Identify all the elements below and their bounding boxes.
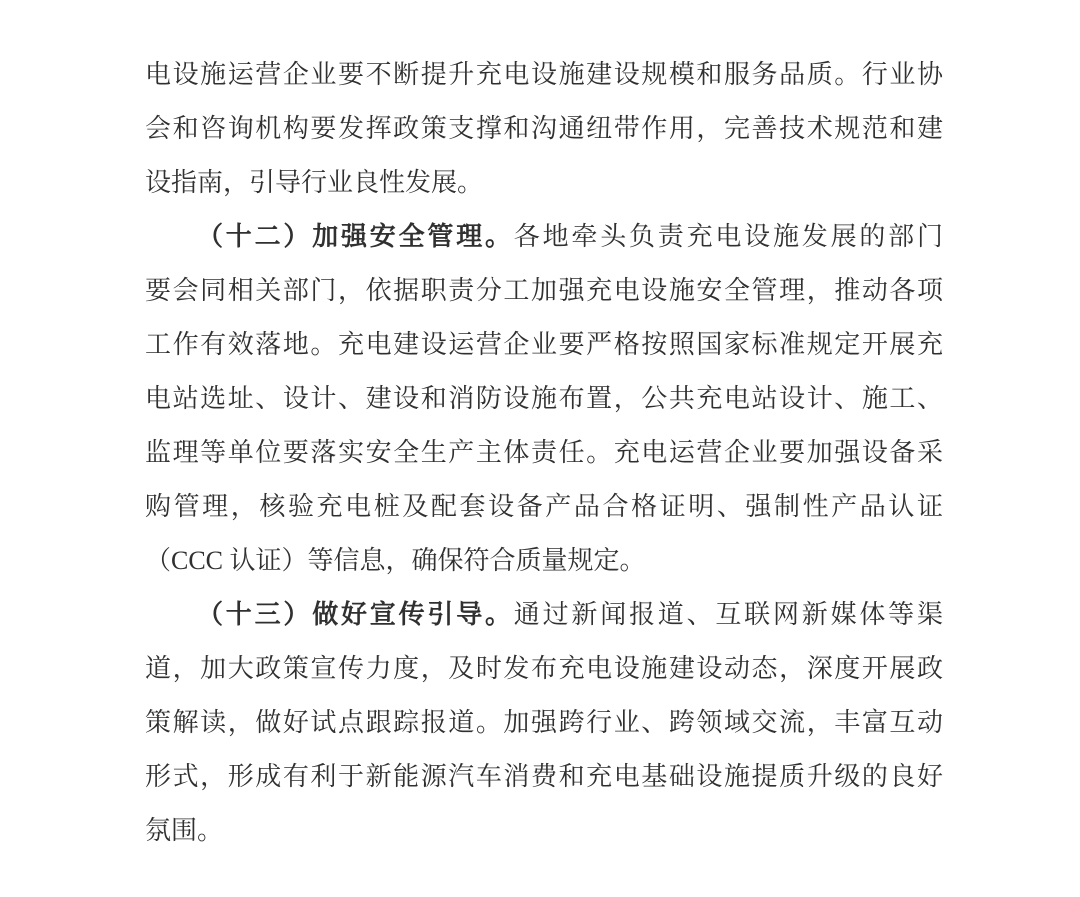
body-text: 工作有效落地。充电建设运营企业要严格按照国家标准规定开展充 xyxy=(145,330,943,359)
body-text: 通过新闻报道、互联网新媒体等渠 xyxy=(514,600,943,629)
text-line: 策解读，做好试点跟踪报道。加强跨行业、跨领域交流，丰富互动 xyxy=(145,696,943,750)
body-text: 会和咨询机构要发挥政策支撑和沟通纽带作用，完善技术规范和建 xyxy=(145,114,943,143)
body-text: 氛围。 xyxy=(145,816,223,845)
body-text: 要会同相关部门，依据职责分工加强充电设施安全管理，推动各项 xyxy=(145,276,943,305)
body-text: 道，加大政策宣传力度，及时发布充电设施建设动态，深度开展政 xyxy=(145,654,943,683)
body-text: 电设施运营企业要不断提升充电设施建设规模和服务品质。行业协 xyxy=(145,60,943,89)
body-text: 电站选址、设计、建设和消防设施布置，公共充电站设计、施工、 xyxy=(145,384,943,413)
text-line: （十三）做好宣传引导。通过新闻报道、互联网新媒体等渠 xyxy=(145,588,943,642)
text-line: 工作有效落地。充电建设运营企业要严格按照国家标准规定开展充 xyxy=(145,318,943,372)
text-line: 设指南，引导行业良性发展。 xyxy=(145,156,943,210)
body-text: 策解读，做好试点跟踪报道。加强跨行业、跨领域交流，丰富互动 xyxy=(145,708,943,737)
text-line: （十二）加强安全管理。各地牵头负责充电设施发展的部门 xyxy=(145,210,943,264)
body-text: 监理等单位要落实安全生产主体责任。充电运营企业要加强设备采 xyxy=(145,438,943,467)
body-text: 购管理，核验充电桩及配套设备产品合格证明、强制性产品认证 xyxy=(145,492,943,521)
text-line: 氛围。 xyxy=(145,804,943,858)
section-heading: （十三）做好宣传引导。 xyxy=(197,600,514,629)
text-line: 要会同相关部门，依据职责分工加强充电设施安全管理，推动各项 xyxy=(145,264,943,318)
section-heading: （十二）加强安全管理。 xyxy=(197,222,514,251)
text-line: 电设施运营企业要不断提升充电设施建设规模和服务品质。行业协 xyxy=(145,48,943,102)
body-text: 各地牵头负责充电设施发展的部门 xyxy=(514,222,943,251)
text-line: 监理等单位要落实安全生产主体责任。充电运营企业要加强设备采 xyxy=(145,426,943,480)
document-page: 电设施运营企业要不断提升充电设施建设规模和服务品质。行业协会和咨询机构要发挥政策… xyxy=(0,0,1080,897)
text-line: 道，加大政策宣传力度，及时发布充电设施建设动态，深度开展政 xyxy=(145,642,943,696)
text-line: 购管理，核验充电桩及配套设备产品合格证明、强制性产品认证 xyxy=(145,480,943,534)
body-text: 设指南，引导行业良性发展。 xyxy=(145,168,483,197)
text-line: 会和咨询机构要发挥政策支撑和沟通纽带作用，完善技术规范和建 xyxy=(145,102,943,156)
text-line: （CCC 认证）等信息，确保符合质量规定。 xyxy=(145,534,943,588)
text-line: 电站选址、设计、建设和消防设施布置，公共充电站设计、施工、 xyxy=(145,372,943,426)
text-line: 形式，形成有利于新能源汽车消费和充电基础设施提质升级的良好 xyxy=(145,750,943,804)
document-text: 电设施运营企业要不断提升充电设施建设规模和服务品质。行业协会和咨询机构要发挥政策… xyxy=(145,48,943,858)
body-text: 形式，形成有利于新能源汽车消费和充电基础设施提质升级的良好 xyxy=(145,762,943,791)
body-text: （CCC 认证）等信息，确保符合质量规定。 xyxy=(145,546,646,575)
